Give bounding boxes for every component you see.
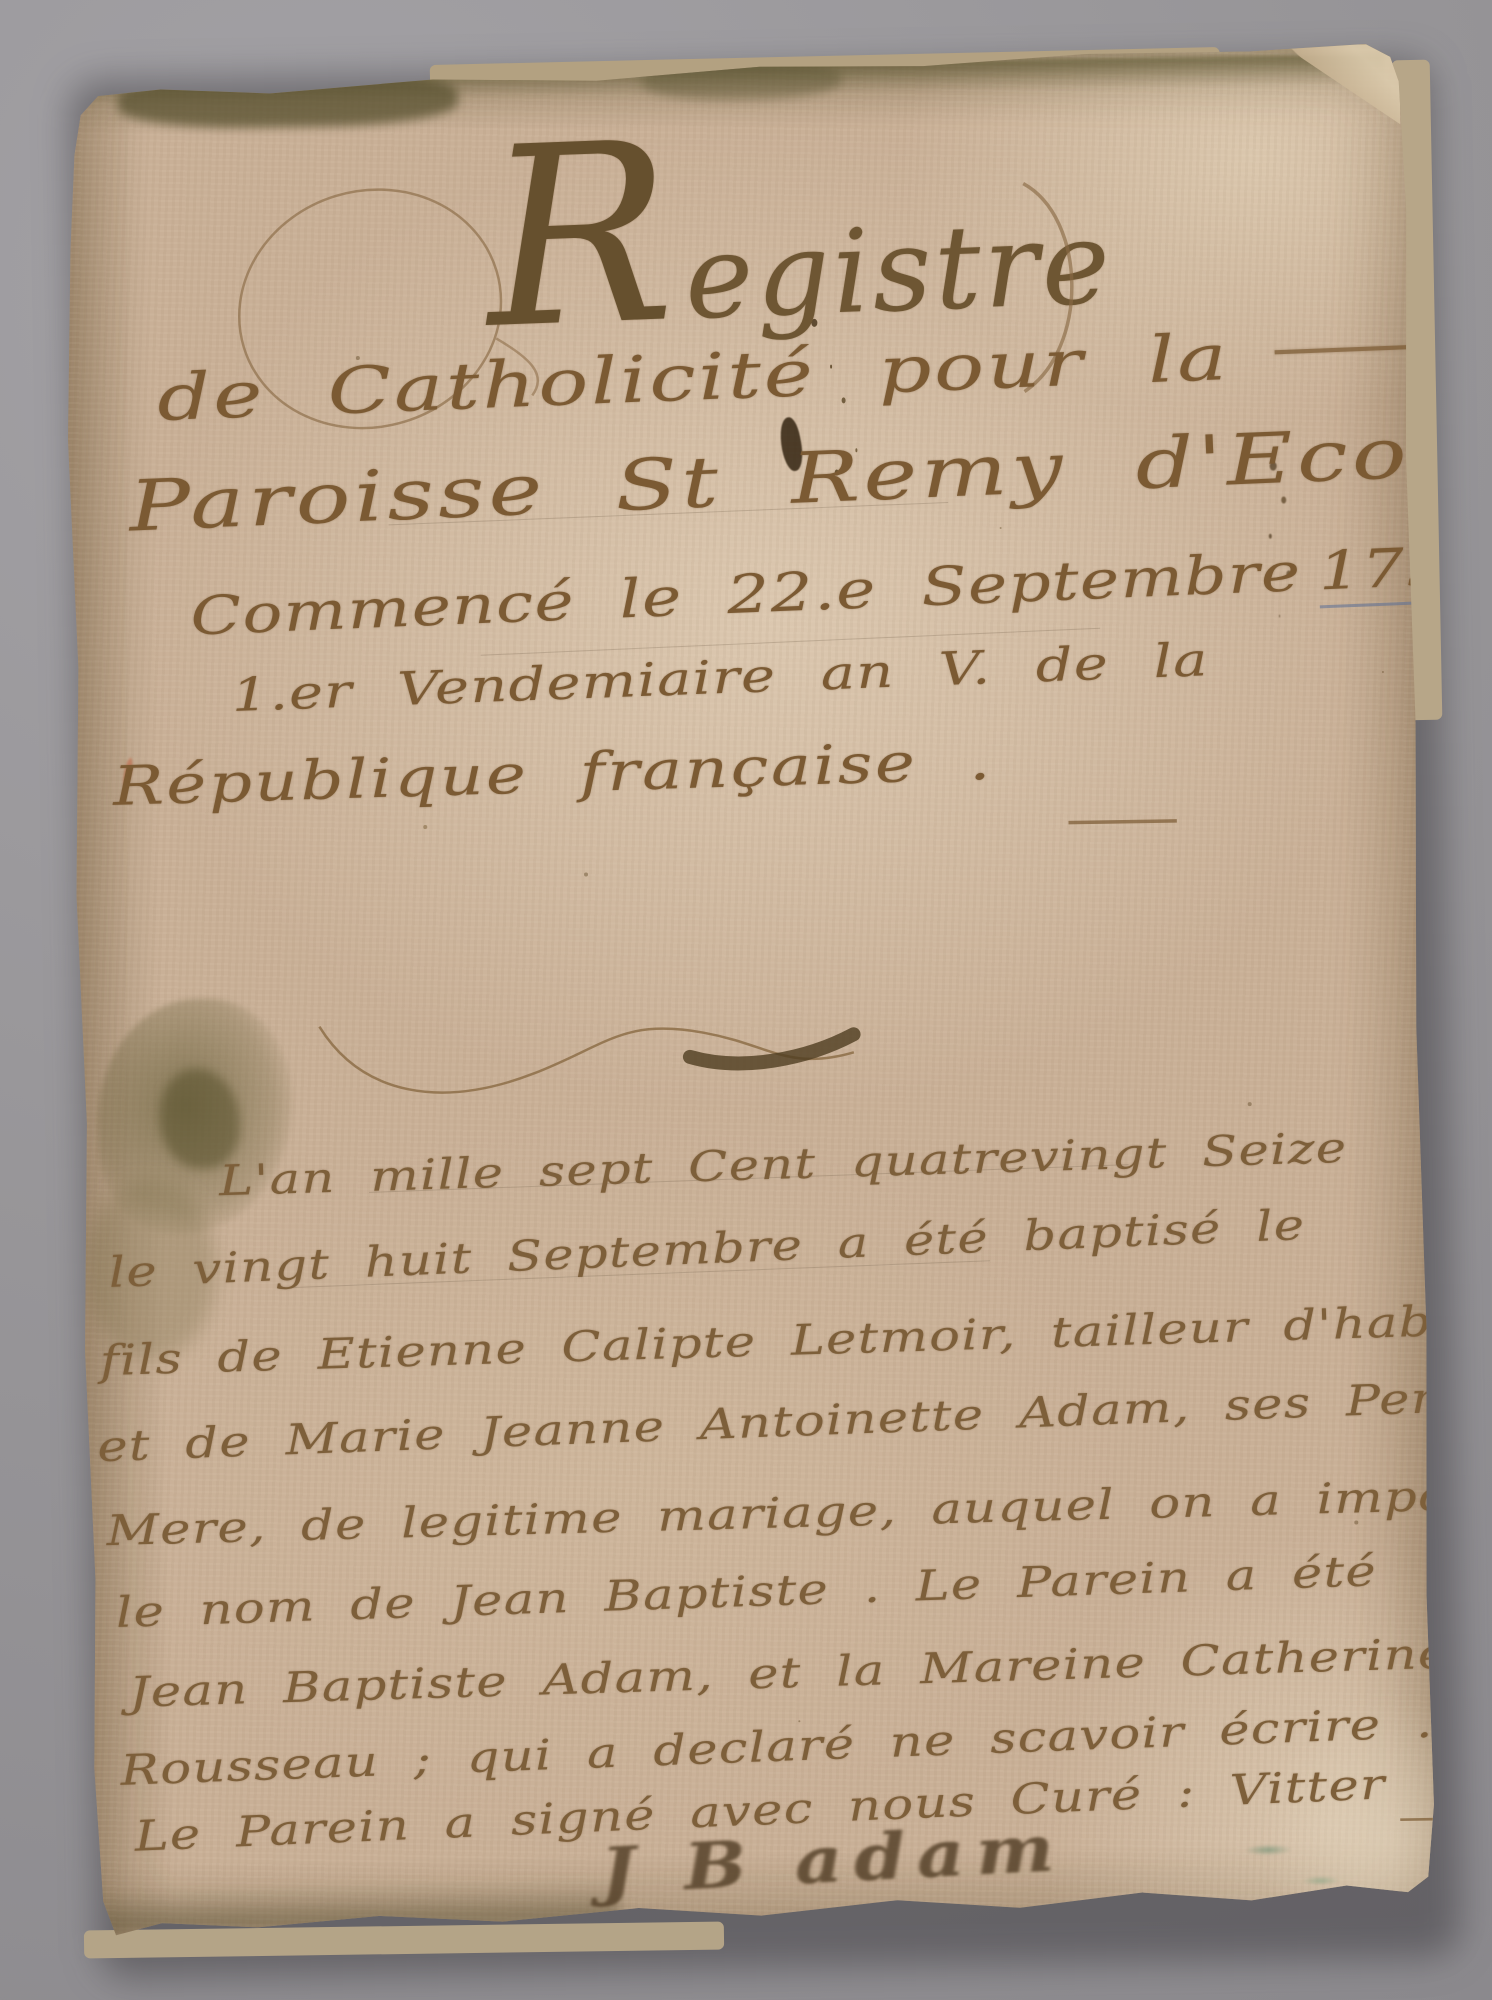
date-line: Commencé le 22.e Septembre1796. (190, 537, 1492, 643)
manuscript-cover-page: Registre de Catholicité pour la— Paroiss… (51, 39, 1443, 1958)
stain-left-blob-core (159, 1068, 241, 1169)
date-text: Commencé le 22.e Septembre (189, 542, 1302, 648)
body-line-6: le nom de Jean Baptiste . Le Parein a ét… (115, 1550, 1377, 1634)
photo-backdrop: Registre de Catholicité pour la— Paroiss… (0, 0, 1492, 2000)
republican-date-line: 1.er Vendemiaire an V. de la (231, 636, 1210, 718)
republic-line: République française . (112, 734, 993, 814)
long-dash: — (1063, 785, 1183, 850)
body-line-1: L'an mille sept Cent quatrevingt Seize (218, 1127, 1347, 1202)
body-line-4: et de Marie Jeanne Antoinette Adam, ses … (97, 1373, 1492, 1468)
year-1796: 1796 (1317, 534, 1492, 608)
godfather-signature: J B adam (599, 1817, 1067, 1904)
corner-fold-top-right (1283, 44, 1400, 130)
body-line-3: fils de Etienne Calipte Letmoir, tailleu… (99, 1298, 1492, 1382)
long-dash: — (1264, 308, 1489, 381)
body-line-7: Jean Baptiste Adam, et la Mareine Cather… (128, 1633, 1449, 1714)
pen-flourish (301, 996, 883, 1125)
body-line-5: Mere, de legitime mariage, auquel on a i… (106, 1473, 1492, 1552)
body-line-2: le vingt huit Septembre a été baptisé le (108, 1204, 1306, 1294)
